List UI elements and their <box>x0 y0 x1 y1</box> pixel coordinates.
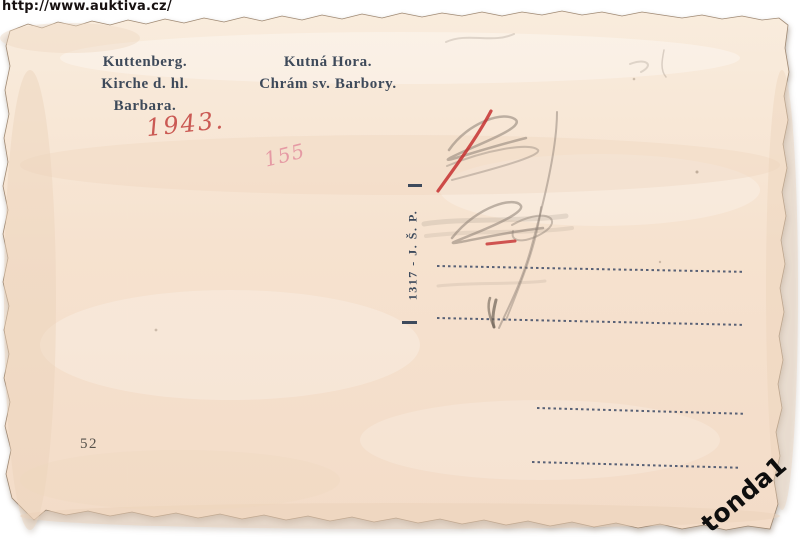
caption-german: Kuttenberg. Kirche d. hl. Barbara. <box>72 51 218 117</box>
address-dotted-line <box>437 317 742 326</box>
caption-czech-line1: Kutná Hora. <box>253 51 403 73</box>
caption-czech: Kutná Hora. Chrám sv. Barbory. <box>253 51 403 95</box>
auction-site-watermark: http://www.auktiva.cz/ <box>2 0 172 14</box>
plate-number: 52 <box>80 436 98 453</box>
address-dotted-line <box>537 407 743 415</box>
seller-signature: tonda1 <box>696 450 793 538</box>
scanned-postcard-page: http://www.auktiva.cz/ <box>0 0 800 541</box>
divider-dash-bottom <box>402 321 417 324</box>
publisher-imprint: 1317 - J. Š. P. <box>406 210 421 300</box>
divider-dash-top <box>408 184 422 187</box>
address-dotted-line <box>532 461 740 469</box>
address-dotted-line <box>437 265 745 273</box>
caption-czech-line2: Chrám sv. Barbory. <box>253 73 403 95</box>
handwritten-number: 155 <box>262 138 308 171</box>
caption-german-line1: Kuttenberg. <box>72 51 218 73</box>
